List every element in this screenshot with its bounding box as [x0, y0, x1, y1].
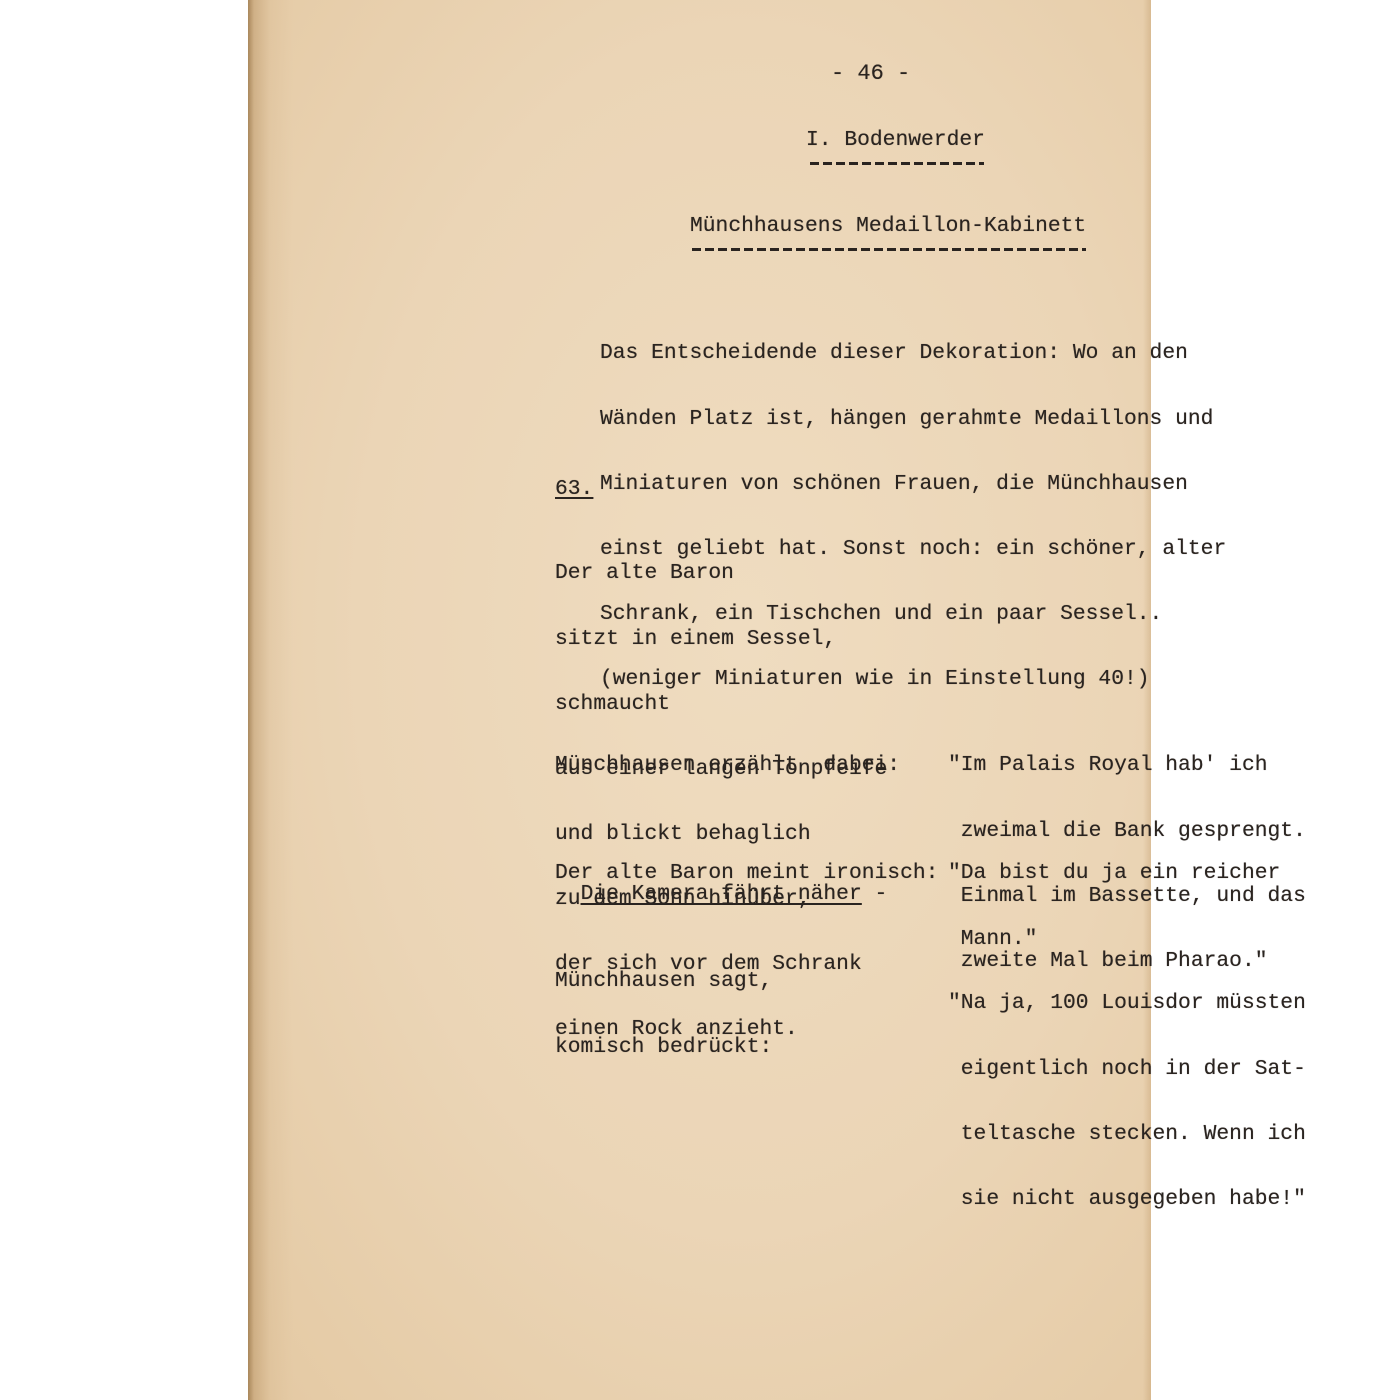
speech-line: "Im Palais Royal hab' ich: [948, 755, 1306, 777]
description-line: Das Entscheidende dieser Dekoration: Wo …: [600, 343, 1226, 365]
description-line: Wänden Platz ist, hängen gerahmte Medail…: [600, 409, 1226, 431]
camera-direction-prefix: -: [555, 882, 581, 906]
dialogue-speaker: Münchhausen erzählt dabei:: [555, 712, 900, 821]
speech-line: "Na ja, 100 Louisdor müssten: [948, 993, 1306, 1015]
description-line: Miniaturen von schönen Frauen, die Münch…: [600, 474, 1226, 496]
dialogue-speaker: Münchhausen sagt, komisch bedrückt:: [555, 928, 772, 1102]
room-title: Münchhausens Medaillon-Kabinett: [690, 216, 1086, 238]
dialogue-speaker: Der alte Baron meint ironisch:: [555, 820, 938, 929]
camera-direction-text: Die Kamera fährt näher: [581, 882, 862, 906]
speech-line: teltasche stecken. Wenn ich: [948, 1124, 1306, 1146]
shot-number: 63.: [555, 479, 593, 501]
camera-direction: - Die Kamera fährt näher -: [555, 884, 887, 906]
speaker-line: Münchhausen erzählt dabei:: [555, 755, 900, 777]
speech-line: "Da bist du ja ein reicher: [948, 863, 1280, 885]
speech-line: Mann.": [948, 929, 1280, 951]
speaker-line: komisch bedrückt:: [555, 1037, 772, 1059]
camera-direction-suffix: -: [862, 882, 888, 906]
speech-line: sie nicht ausgegeben habe!": [948, 1189, 1306, 1211]
room-title-underline: [692, 248, 1086, 251]
speaker-line: Münchhausen sagt,: [555, 971, 772, 993]
section-title-underline: [810, 162, 984, 165]
dialogue-speech: "Na ja, 100 Louisdor müssten eigentlich …: [948, 950, 1306, 1254]
action-line: sitzt in einem Sessel,: [555, 629, 887, 651]
page-number: - 46 -: [831, 63, 910, 85]
speech-line: eigentlich noch in der Sat-: [948, 1059, 1306, 1081]
section-title: I. Bodenwerder: [806, 130, 985, 152]
action-line: Der alte Baron: [555, 563, 887, 585]
typewritten-page: - 46 - I. Bodenwerder Münchhausens Medai…: [248, 0, 1151, 1400]
